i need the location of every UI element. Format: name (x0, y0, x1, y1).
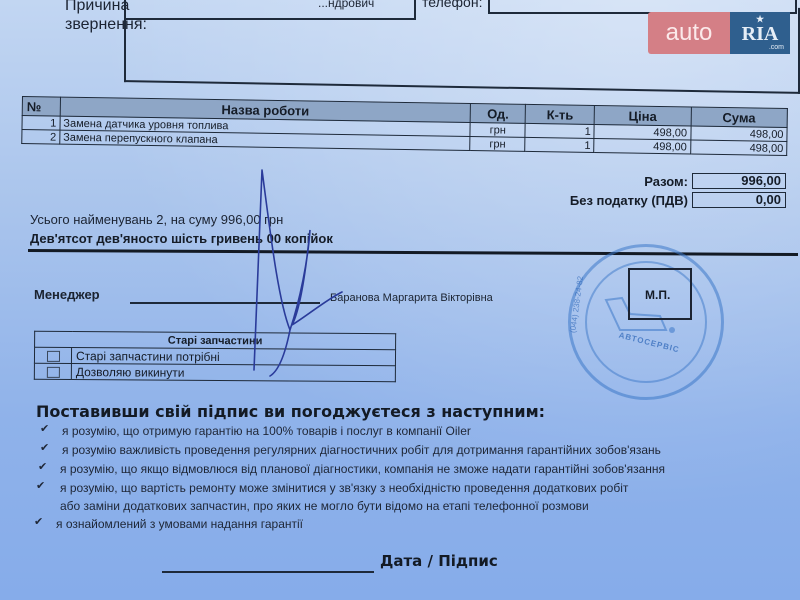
total-label: Разом: (518, 174, 688, 189)
autoria-logo: auto ★ RIA .com (648, 12, 790, 54)
row-price: 498,00 (594, 138, 690, 154)
total-row: Разом: 996,00 (518, 173, 786, 189)
agreement-item-continuation: або заміни додаткових запчастин, про яки… (60, 499, 589, 513)
row-qty: 1 (525, 137, 594, 152)
checkbox-parts-needed[interactable] (46, 351, 59, 362)
agreement-title: Поставивши свій підпис ви погоджуєтеся з… (36, 402, 545, 421)
logo-auto-part: auto (648, 12, 730, 54)
row-sum: 498,00 (690, 140, 787, 156)
vat-label: Без податку (ПДВ) (518, 193, 688, 208)
handwritten-signature (230, 150, 350, 390)
vat-row: Без податку (ПДВ) 0,00 (518, 192, 786, 208)
logo-ria-suffix: .com (769, 44, 784, 51)
checkbox-allow-discard[interactable] (46, 367, 59, 378)
row-no: 2 (22, 130, 60, 145)
agreement-item: я розумію важливість проведення регулярн… (62, 443, 661, 457)
manager-label: Менеджер (34, 287, 100, 302)
row-qty: 1 (525, 123, 594, 138)
checkmark-icon: ✔ (36, 479, 45, 492)
logo-ria-text: RIA (742, 24, 779, 44)
col-price: Ціна (594, 105, 691, 126)
agreement-item: я ознайомлений з умовами надання гаранті… (56, 517, 303, 531)
agreement-item: я розумію, що вартість ремонту може змін… (60, 481, 628, 495)
row-sum: 498,00 (690, 126, 787, 142)
agreement-item: я розумію, що якщо відмовлюся від планов… (60, 462, 665, 476)
works-table: № Назва роботи Од. К-ть Ціна Сума 1 Заме… (21, 96, 788, 156)
checkmark-icon: ✔ (38, 460, 47, 473)
logo-ria-part: ★ RIA .com (730, 12, 790, 54)
vat-value: 0,00 (692, 192, 786, 208)
row-unit: грн (470, 123, 525, 138)
checkmark-icon: ✔ (40, 422, 49, 435)
checkmark-icon: ✔ (40, 441, 49, 454)
manager-name: Баранова Маргарита Вікторівна (330, 292, 493, 304)
date-signature-label: Дата / Підпис (380, 552, 498, 570)
total-value: 996,00 (692, 173, 786, 189)
date-signature-line (162, 571, 374, 573)
row-price: 498,00 (594, 124, 690, 140)
col-sum: Сума (691, 107, 788, 128)
col-qty: К-ть (525, 104, 594, 124)
checkmark-icon: ✔ (34, 515, 43, 528)
stamp-place-label: М.П. (645, 288, 670, 302)
row-no: 1 (22, 116, 60, 131)
row-unit: грн (470, 137, 525, 152)
col-no: № (22, 97, 60, 117)
agreement-item: я розумію, що отримую гарантію на 100% т… (62, 424, 471, 438)
col-unit: Од. (470, 104, 525, 124)
